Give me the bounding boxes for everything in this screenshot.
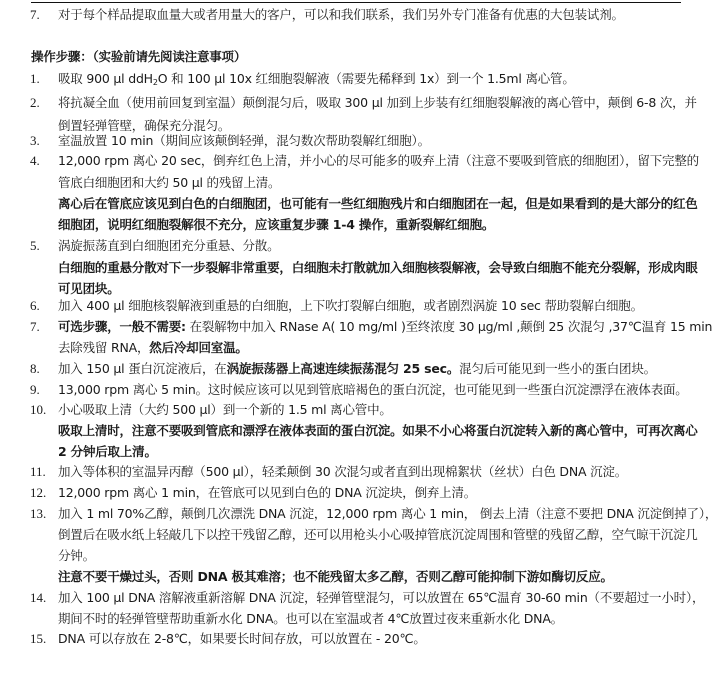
step-number: 15. xyxy=(30,628,56,650)
step-15: 15. DNA 可以存放在 2-8℃，如果要长时间存放，可以放置在 - 20℃。 xyxy=(0,628,719,650)
step-5-note: 白细胞的重悬分散对下一步裂解非常重要，白细胞未打散就加入细胞核裂解液，会导致白细… xyxy=(0,257,719,279)
step-10-note: 吸取上清时，注意不要吸到管底和漂浮在液体表面的蛋白沉淀。如果不小心将蛋白沉淀转入… xyxy=(0,420,719,442)
emphasis-text: 然后冷却回室温。 xyxy=(149,340,247,355)
step-text: 室温放置 10 min（期间应该颠倒轻弹，混匀数次帮助裂解红细胞）。 xyxy=(58,130,430,152)
emphasis-text: 涡旋振荡器上高速连续振荡混匀 25 sec。 xyxy=(227,361,460,376)
step-text: 12,000 rpm 离心 1 min，在管底可以见到白色的 DNA 沉淀块，倒… xyxy=(58,482,476,504)
step-text: 13,000 rpm 离心 5 min。这时候应该可以见到管底暗褐色的蛋白沉淀，… xyxy=(58,379,688,401)
step-number: 9. xyxy=(30,379,56,401)
text-segment: 去除残留 RNA， xyxy=(58,340,149,355)
step-number: 3. xyxy=(30,130,56,152)
step-3: 3. 室温放置 10 min（期间应该颠倒轻弹，混匀数次帮助裂解红细胞）。 xyxy=(0,130,719,152)
precaution-item-7: 7. 对于每个样品提取血量大或者用量大的客户，可以和我们联系，我们另外专门准备有… xyxy=(0,4,719,26)
step-number: 8. xyxy=(30,358,56,380)
note-text: 离心后在管底应该见到白色的白细胞团，也可能有一些红细胞残片和白细胞团在一起，但是… xyxy=(58,193,698,215)
step-10-note-continued: 2 分钟后取上清。 xyxy=(0,441,719,463)
step-4-note-continued: 细胞团，说明红细胞裂解很不充分，应该重复步骤 1-4 操作，重新裂解红细胞。 xyxy=(0,214,719,236)
step-8: 8. 加入 150 µl 蛋白沉淀液后，在涡旋振荡器上高速连续振荡混匀 25 s… xyxy=(0,358,719,380)
step-4-note: 离心后在管底应该见到白色的白细胞团，也可能有一些红细胞残片和白细胞团在一起，但是… xyxy=(0,193,719,215)
text-segment: 加入 150 µl 蛋白沉淀液后，在 xyxy=(58,361,227,376)
step-7-continued: 去除残留 RNA，然后冷却回室温。 xyxy=(0,337,719,359)
note-text: 白细胞的重悬分散对下一步裂解非常重要，白细胞未打散就加入细胞核裂解液，会导致白细… xyxy=(58,257,698,279)
step-number: 10. xyxy=(30,399,56,421)
step-text: 倒置后在吸水纸上轻敲几下以控干残留乙醇，还可以用枪头小心吸掉管底沉淀周围和管壁的… xyxy=(58,524,698,546)
step-text: 加入 400 µl 细胞核裂解液到重悬的白细胞，上下吹打裂解白细胞，或者剧烈涡旋… xyxy=(58,295,643,317)
step-text: 将抗凝全血（使用前回复到室温）颠倒混匀后，吸取 300 µl 加到上步装有红细胞… xyxy=(58,92,697,114)
step-text: 吸取 900 µl ddH2O 和 100 µl 10x 红细胞裂解液（需要先稀… xyxy=(58,68,575,90)
text-segment: 吸取 900 µl ddH xyxy=(58,71,153,86)
step-number: 2. xyxy=(30,92,56,114)
step-14: 14. 加入 100 µl DNA 溶解液重新溶解 DNA 沉淀，轻弹管壁混匀，… xyxy=(0,587,719,609)
note-text: 注意不要干燥过头，否则 DNA 极其难溶；也不能残留太多乙醇，否则乙醇可能抑制下… xyxy=(58,566,613,588)
step-text: 加入 150 µl 蛋白沉淀液后，在涡旋振荡器上高速连续振荡混匀 25 sec。… xyxy=(58,358,656,380)
step-text: 加入 1 ml 70%乙醇，颠倒几次漂洗 DNA 沉淀，12,000 rpm 离… xyxy=(58,503,717,525)
step-text: 加入等体积的室温异丙醇（500 µl），轻柔颠倒 30 次混匀或者直到出现棉絮状… xyxy=(58,461,627,483)
step-5: 5. 涡旋振荡直到白细胞团充分重悬、分散。 xyxy=(0,235,719,257)
section-heading: 操作步骤：（实验前请先阅读注意事项） xyxy=(0,46,719,68)
step-number: 7. xyxy=(30,316,56,338)
step-text: 小心吸取上清（大约 500 µl）到一个新的 1.5 ml 离心管中。 xyxy=(58,399,392,421)
note-text: 吸取上清时，注意不要吸到管底和漂浮在液体表面的蛋白沉淀。如果不小心将蛋白沉淀转入… xyxy=(58,420,698,442)
step-text: 期间不时的轻弹管壁帮助重新水化 DNA。也可以在室温或者 4℃放置过夜来重新水化… xyxy=(58,608,563,630)
step-text: 可选步骤，一般不需要: 在裂解物中加入 RNase A( 10 mg/ml )至… xyxy=(58,316,712,338)
step-13: 13. 加入 1 ml 70%乙醇，颠倒几次漂洗 DNA 沉淀，12,000 r… xyxy=(0,503,719,525)
step-number: 4. xyxy=(30,150,56,172)
step-number: 6. xyxy=(30,295,56,317)
item-number: 7. xyxy=(30,4,56,26)
step-7: 7. 可选步骤，一般不需要: 在裂解物中加入 RNase A( 10 mg/ml… xyxy=(0,316,719,338)
step-number: 1. xyxy=(30,68,56,90)
step-11: 11. 加入等体积的室温异丙醇（500 µl），轻柔颠倒 30 次混匀或者直到出… xyxy=(0,461,719,483)
step-12: 12. 12,000 rpm 离心 1 min，在管底可以见到白色的 DNA 沉… xyxy=(0,482,719,504)
step-10: 10. 小心吸取上清（大约 500 µl）到一个新的 1.5 ml 离心管中。 xyxy=(0,399,719,421)
step-text: 去除残留 RNA，然后冷却回室温。 xyxy=(58,337,248,359)
step-2: 2. 将抗凝全血（使用前回复到室温）颠倒混匀后，吸取 300 µl 加到上步装有… xyxy=(0,92,719,114)
step-text: 管底白细胞团和大约 50 µl 的残留上清。 xyxy=(58,172,280,194)
step-text: 分钟。 xyxy=(58,545,95,567)
step-number: 5. xyxy=(30,235,56,257)
step-6: 6. 加入 400 µl 细胞核裂解液到重悬的白细胞，上下吹打裂解白细胞，或者剧… xyxy=(0,295,719,317)
step-text: 涡旋振荡直到白细胞团充分重悬、分散。 xyxy=(58,235,279,257)
top-divider xyxy=(31,2,681,3)
step-number: 14. xyxy=(30,587,56,609)
step-13-note: 注意不要干燥过头，否则 DNA 极其难溶；也不能残留太多乙醇，否则乙醇可能抑制下… xyxy=(0,566,719,588)
text-segment: 在裂解物中加入 RNase A( 10 mg/ml )至终浓度 30 µg/ml… xyxy=(186,319,712,334)
step-number: 11. xyxy=(30,461,56,483)
step-13-continued: 倒置后在吸水纸上轻敲几下以控干残留乙醇，还可以用枪头小心吸掉管底沉淀周围和管壁的… xyxy=(0,524,719,546)
step-text: DNA 可以存放在 2-8℃，如果要长时间存放，可以放置在 - 20℃。 xyxy=(58,628,426,650)
step-number: 12. xyxy=(30,482,56,504)
step-text: 加入 100 µl DNA 溶解液重新溶解 DNA 沉淀，轻弹管壁混匀，可以放置… xyxy=(58,587,704,609)
step-9: 9. 13,000 rpm 离心 5 min。这时候应该可以见到管底暗褐色的蛋白… xyxy=(0,379,719,401)
step-1: 1. 吸取 900 µl ddH2O 和 100 µl 10x 红细胞裂解液（需… xyxy=(0,68,719,90)
step-14-continued: 期间不时的轻弹管壁帮助重新水化 DNA。也可以在室温或者 4℃放置过夜来重新水化… xyxy=(0,608,719,630)
step-4: 4. 12,000 rpm 离心 20 sec，倒弃红色上清，并小心的尽可能多的… xyxy=(0,150,719,172)
note-text: 细胞团，说明红细胞裂解很不充分，应该重复步骤 1-4 操作，重新裂解红细胞。 xyxy=(58,214,494,236)
text-segment: 混匀后可能见到一些小的蛋白团块。 xyxy=(459,361,656,376)
step-13-continued: 分钟。 xyxy=(0,545,719,567)
text-segment: O 和 100 µl 10x 红细胞裂解液（需要先稀释到 1x）到一个 1.5m… xyxy=(158,71,575,86)
item-text: 对于每个样品提取血量大或者用量大的客户，可以和我们联系，我们另外专门准备有优惠的… xyxy=(58,4,624,26)
step-4-continued: 管底白细胞团和大约 50 µl 的残留上清。 xyxy=(0,172,719,194)
step-number: 13. xyxy=(30,503,56,525)
step-text: 12,000 rpm 离心 20 sec，倒弃红色上清，并小心的尽可能多的吸弃上… xyxy=(58,150,699,172)
procedure-heading: 操作步骤：（实验前请先阅读注意事项） xyxy=(31,46,246,68)
note-text: 2 分钟后取上清。 xyxy=(58,441,157,463)
optional-label: 可选步骤，一般不需要: xyxy=(58,319,186,334)
